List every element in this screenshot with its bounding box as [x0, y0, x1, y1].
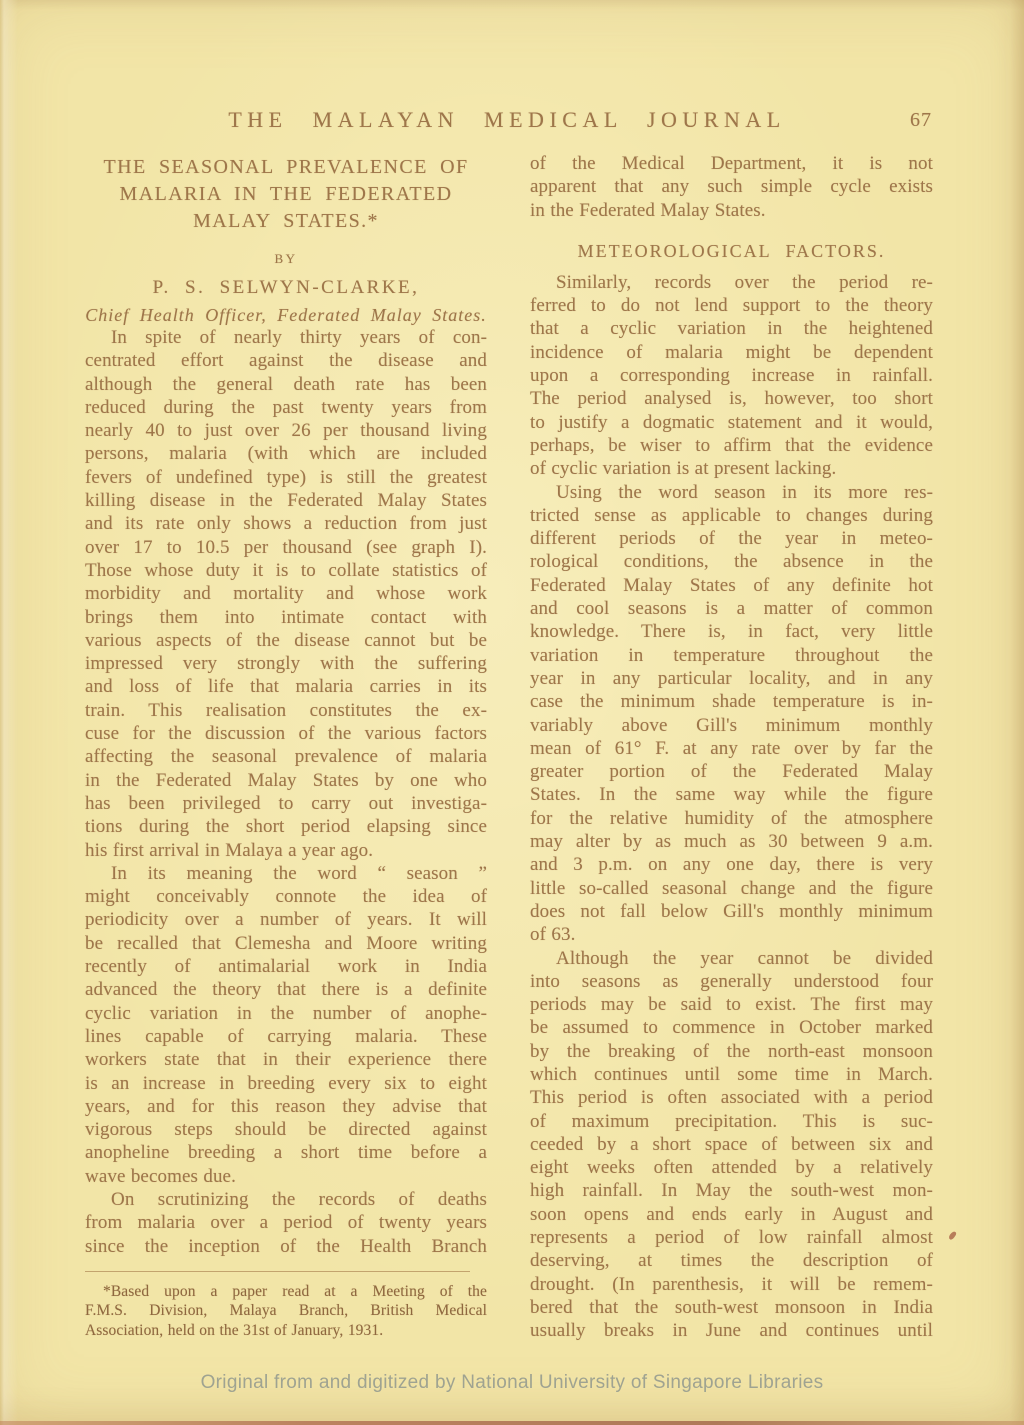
text-line: centrated effort against the disease and: [85, 349, 487, 372]
text-line: *Based upon a paper read at a Meeting of…: [85, 1282, 487, 1302]
text-line: bered that the south-west monsoon in Ind…: [530, 1296, 933, 1319]
text-line: The period analysed is, however, too sho…: [530, 387, 933, 410]
text-line: might conceivably connote the idea of: [85, 885, 487, 908]
text-line: of 63.: [530, 923, 933, 946]
paragraph-intro: In spite of nearly thirty years of con-c…: [85, 326, 487, 862]
text-line: States. In the same way while the figure: [530, 783, 933, 806]
text-line: Although the year cannot be divided: [530, 947, 933, 970]
text-line: eight weeks often attended by a relative…: [530, 1156, 933, 1179]
text-line: vigorous steps should be directed agains…: [85, 1118, 487, 1141]
text-line: Association, held on the 31st of January…: [85, 1321, 487, 1341]
text-line: may alter by as much as 30 between 9 a.m…: [530, 830, 933, 853]
text-line: reduced during the past twenty years fro…: [85, 396, 487, 419]
paragraph-continuation: of the Medical Department, it is notappa…: [530, 152, 933, 222]
paragraph-using-season: Using the word season in its more res-tr…: [530, 481, 933, 947]
text-line: by the breaking of the north-east monsoo…: [530, 1040, 933, 1063]
text-line: F.M.S. Division, Malaya Branch, British …: [85, 1301, 487, 1321]
text-line: various aspects of the disease cannot bu…: [85, 629, 487, 652]
text-line: advanced the theory that there is a defi…: [85, 978, 487, 1001]
text-line: years, and for this reason they advise t…: [85, 1095, 487, 1118]
text-line: morbidity and mortality and whose work: [85, 582, 487, 605]
text-line: his first arrival in Malaya a year ago.: [85, 839, 487, 862]
text-line: deserving, at times the description of: [530, 1249, 933, 1272]
text-line: apparent that any such simple cycle exis…: [530, 175, 933, 198]
scanned-journal-page: THE MALAYAN MEDICAL JOURNAL 67 THE SEASO…: [0, 0, 1024, 1425]
text-line: rological conditions, the absence in the: [530, 550, 933, 573]
page-number: 67: [910, 109, 932, 132]
text-line: soon opens and ends early in August and: [530, 1203, 933, 1226]
article-title: THE SEASONAL PREVALENCE OFMALARIA IN THE…: [85, 154, 487, 235]
text-line: MALARIA IN THE FEDERATED: [85, 181, 487, 208]
footnote-rule: [85, 1271, 470, 1272]
text-line: tricted sense as applicable to changes d…: [530, 504, 933, 527]
text-line: greater portion of the Federated Malay: [530, 760, 933, 783]
text-line: workers state that in their experience t…: [85, 1048, 487, 1071]
text-line: cuse for the discussion of the various f…: [85, 722, 487, 745]
text-line: persons, malaria (with which are include…: [85, 442, 487, 465]
text-line: represents a period of low rainfall almo…: [530, 1226, 933, 1249]
text-line: mean of 61° F. at any rate over by far t…: [530, 737, 933, 760]
text-line: case the minimum shade temperature is in…: [530, 690, 933, 713]
text-line: and cool seasons is a matter of common: [530, 597, 933, 620]
text-line: recently of antimalarial work in India: [85, 955, 487, 978]
text-line: and its rate only shows a reduction from…: [85, 512, 487, 535]
journal-header: THE MALAYAN MEDICAL JOURNAL 67: [0, 107, 1024, 137]
text-line: is an increase in breeding every six to …: [85, 1072, 487, 1095]
text-line: drought. (In parenthesis, it will be rem…: [530, 1273, 933, 1296]
text-line: brings them into intimate contact with: [85, 606, 487, 629]
text-line: variably above Gill's minimum monthly: [530, 714, 933, 737]
text-line: for the relative humidity of the atmosph…: [530, 807, 933, 830]
left-column: THE SEASONAL PREVALENCE OFMALARIA IN THE…: [85, 150, 487, 1340]
author-title: Chief Health Officer, Federated Malay St…: [85, 305, 487, 326]
text-line: and 3 p.m. on any one day, there is very: [530, 853, 933, 876]
text-line: cyclic variation in the number of anophe…: [85, 1002, 487, 1025]
text-line: into seasons as generally understood fou…: [530, 970, 933, 993]
text-line: nearly 40 to just over 26 per thousand l…: [85, 419, 487, 442]
text-line: In its meaning the word “ season ”: [85, 862, 487, 885]
paragraph-four-periods: Although the year cannot be dividedinto …: [530, 947, 933, 1343]
text-line: incidence of malaria might be dependent: [530, 341, 933, 364]
text-line: knowledge. There is, in fact, very littl…: [530, 620, 933, 643]
paragraph-similarly: Similarly, records over the period re-fe…: [530, 271, 933, 481]
text-line: train. This realisation constitutes the …: [85, 699, 487, 722]
text-line: usually breaks in June and continues unt…: [530, 1319, 933, 1342]
text-line: although the general death rate has been: [85, 373, 487, 396]
text-line: different periods of the year in meteo-: [530, 527, 933, 550]
text-line: In spite of nearly thirty years of con-: [85, 326, 487, 349]
text-line: high rainfall. In May the south-west mon…: [530, 1179, 933, 1202]
text-line: of the Medical Department, it is not: [530, 152, 933, 175]
text-line: killing disease in the Federated Malay S…: [85, 489, 487, 512]
paragraph-season-word: In its meaning the word “ season ”might …: [85, 862, 487, 1188]
text-line: that a cyclic variation in the heightene…: [530, 317, 933, 340]
text-line: to justify a dogmatic statement and it w…: [530, 411, 933, 434]
text-line: little so-called seasonal change and the…: [530, 877, 933, 900]
text-line: upon a corresponding increase in rainfal…: [530, 364, 933, 387]
text-line: which continues until some time in March…: [530, 1063, 933, 1086]
byline-label: BY: [85, 251, 487, 267]
text-line: since the inception of the Health Branch: [85, 1235, 487, 1258]
text-line: be assumed to commence in October marked: [530, 1016, 933, 1039]
journal-title: THE MALAYAN MEDICAL JOURNAL: [0, 107, 1014, 133]
text-line: Those whose duty it is to collate statis…: [85, 559, 487, 582]
text-line: in the Federated Malay States by one who: [85, 769, 487, 792]
text-line: from malaria over a period of twenty yea…: [85, 1211, 487, 1234]
text-line: ferred to do not lend support to the the…: [530, 294, 933, 317]
text-line: periods may be said to exist. The first …: [530, 993, 933, 1016]
text-line: over 17 to 10.5 per thousand (see graph …: [85, 536, 487, 559]
text-line: tions during the short period elapsing s…: [85, 815, 487, 838]
text-line: of maximum precipitation. This is suc-: [530, 1110, 933, 1133]
text-line: fevers of undefined type) is still the g…: [85, 466, 487, 489]
page-bottom-edge: [0, 1421, 1024, 1425]
text-line: be recalled that Clemesha and Moore writ…: [85, 932, 487, 955]
text-line: lines capable of carrying malaria. These: [85, 1025, 487, 1048]
text-line: variation in temperature throughout the: [530, 644, 933, 667]
text-line: MALAY STATES.*: [85, 208, 487, 235]
text-line: wave becomes due.: [85, 1165, 487, 1188]
text-line: periodicity over a number of years. It w…: [85, 908, 487, 931]
text-line: Similarly, records over the period re-: [530, 271, 933, 294]
text-line: in the Federated Malay States.: [530, 199, 933, 222]
text-line: impressed very strongly with the sufferi…: [85, 652, 487, 675]
text-line: of cyclic variation is at present lackin…: [530, 457, 933, 480]
text-line: Federated Malay States of any definite h…: [530, 574, 933, 597]
text-line: anopheline breeding a short time before …: [85, 1141, 487, 1164]
text-line: Using the word season in its more res-: [530, 481, 933, 504]
footnote: *Based upon a paper read at a Meeting of…: [85, 1282, 487, 1341]
right-column: of the Medical Department, it is notappa…: [530, 152, 933, 1343]
text-line: This period is often associated with a p…: [530, 1086, 933, 1109]
text-line: perhaps, be wiser to affirm that the evi…: [530, 434, 933, 457]
text-line: THE SEASONAL PREVALENCE OF: [85, 154, 487, 181]
text-line: year in any particular locality, and in …: [530, 667, 933, 690]
text-line: ceeded by a short space of between six a…: [530, 1133, 933, 1156]
ink-speck: [948, 1230, 957, 1240]
section-heading: METEOROLOGICAL FACTORS.: [530, 241, 933, 262]
paragraph-scrutinizing: On scrutinizing the records of deathsfro…: [85, 1188, 487, 1258]
text-line: does not fall below Gill's monthly minim…: [530, 900, 933, 923]
text-line: and loss of life that malaria carries in…: [85, 675, 487, 698]
text-line: affecting the seasonal prevalence of mal…: [85, 745, 487, 768]
text-line: has been privileged to carry out investi…: [85, 792, 487, 815]
digitization-credit: Original from and digitized by National …: [0, 1372, 1024, 1394]
author-name: P. S. SELWYN-CLARKE,: [85, 277, 487, 299]
text-line: On scrutinizing the records of deaths: [85, 1188, 487, 1211]
